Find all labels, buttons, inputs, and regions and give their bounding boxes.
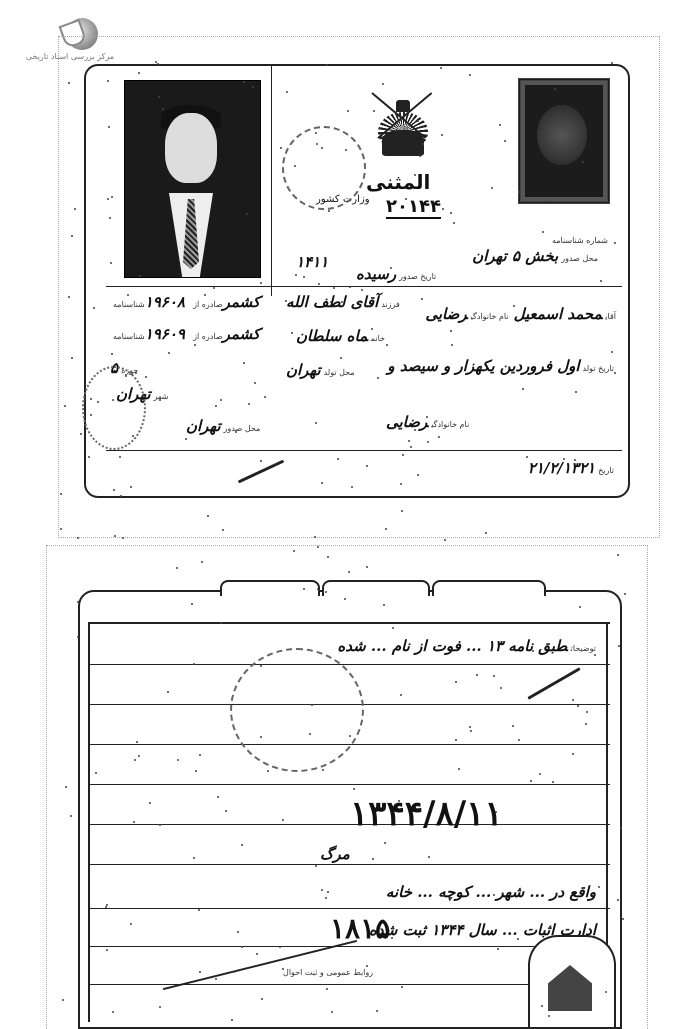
scan-noise <box>282 968 284 970</box>
scan-noise <box>331 1011 333 1013</box>
scan-noise <box>530 780 532 782</box>
id-card-back: توضیحاتطبق نامه ۱۳ ... فوت از نام ... شد… <box>78 590 622 1029</box>
scan-noise <box>65 786 67 788</box>
scan-noise <box>264 396 266 398</box>
scan-noise <box>558 990 560 992</box>
scan-noise <box>470 730 472 732</box>
scan-noise <box>311 704 313 706</box>
scan-noise <box>385 528 387 530</box>
field-birth-place: محل تولدتهران <box>286 360 355 379</box>
field-date: تاریخ۲۱/۲/۱۳۲۱ <box>528 458 614 477</box>
footer-line: روابط عمومی و ثبت احوال <box>280 960 373 979</box>
scan-noise <box>541 1005 543 1007</box>
row-divider <box>106 450 622 451</box>
scan-noise <box>254 382 256 384</box>
scan-noise <box>624 593 626 595</box>
scan-noise <box>138 755 140 757</box>
scan-noise <box>548 150 550 152</box>
death-label: مرگ <box>320 844 350 863</box>
scan-noise <box>108 126 110 128</box>
scan-noise <box>157 63 159 65</box>
scan-noise <box>519 191 521 193</box>
scan-noise <box>110 262 112 264</box>
death-date: ۱۳۴۴/۸/۱۱ <box>350 794 503 834</box>
scan-noise <box>217 796 219 798</box>
left-border <box>88 622 90 1022</box>
scan-noise <box>554 88 556 90</box>
scan-noise <box>60 493 62 495</box>
scan-noise <box>93 307 95 309</box>
scan-noise <box>422 143 424 145</box>
scan-noise <box>279 946 281 948</box>
scan-noise <box>600 280 602 282</box>
scan-noise <box>575 391 577 393</box>
scan-noise <box>321 147 323 149</box>
scan-noise <box>309 733 311 735</box>
field-holder-name: آقایمحمد اسمعیل نام خانوادگیرضایی <box>425 304 616 323</box>
scan-noise <box>256 953 258 955</box>
row-divider <box>106 286 622 287</box>
scan-noise <box>614 372 616 374</box>
portrait-photo <box>124 80 261 278</box>
scan-noise <box>617 554 619 556</box>
scan-noise <box>260 736 262 738</box>
scan-noise <box>294 165 296 167</box>
scan-noise <box>114 535 116 537</box>
scan-noise <box>111 196 113 198</box>
scan-noise <box>131 373 133 375</box>
scan-noise <box>347 110 349 112</box>
scan-noise <box>469 74 471 76</box>
field-issue-place: محل صدوربخش ۵ تهران <box>472 246 598 265</box>
scan-noise <box>450 330 452 332</box>
line <box>90 908 610 909</box>
scan-noise <box>105 906 107 908</box>
scan-noise <box>372 858 374 860</box>
scan-noise <box>215 978 217 980</box>
scan-noise <box>444 539 446 541</box>
scan-noise <box>349 286 351 288</box>
scan-noise <box>220 399 222 401</box>
scan-noise <box>451 344 453 346</box>
scan-noise <box>453 222 455 224</box>
folded-corner <box>528 935 616 1027</box>
death-event-line: واقع در ... شهر ... کوچه ... خانه <box>386 882 596 901</box>
scan-noise <box>130 923 132 925</box>
scan-noise <box>580 314 582 316</box>
photo-divider <box>271 66 272 296</box>
scan-noise <box>315 865 317 867</box>
scan-noise <box>611 62 613 64</box>
scan-noise <box>455 681 457 683</box>
scan-noise <box>414 429 416 431</box>
scan-noise <box>349 735 351 737</box>
scan-noise <box>285 300 287 302</box>
id-card-front: المثنی وزارت کشور ۲۰۱۴۴ شماره شناسنامه ۱… <box>84 64 630 498</box>
scan-noise <box>159 824 161 826</box>
scan-noise <box>168 352 170 354</box>
scan-noise <box>426 416 428 418</box>
scan-noise <box>293 550 295 552</box>
scan-noise <box>112 399 114 401</box>
scan-noise <box>549 200 551 202</box>
scan-noise <box>605 991 607 993</box>
scan-noise <box>497 948 499 950</box>
scan-noise <box>286 91 288 93</box>
field-family-name-2: نام خانوادگیرضایی <box>386 412 469 431</box>
scan-noise <box>122 537 124 539</box>
scan-noise <box>552 781 554 783</box>
scan-noise <box>326 64 328 66</box>
scan-noise <box>241 946 243 948</box>
field-id-number-value: ۱۴۱۱ <box>296 252 328 271</box>
scan-noise <box>149 802 151 804</box>
line <box>90 784 610 785</box>
field-mother-id: کشمرصادره از ۱۹۶۰۹شناسنامه <box>110 324 260 343</box>
scan-noise <box>391 937 393 939</box>
document-header: المثنی <box>366 170 430 194</box>
line <box>90 864 610 865</box>
top-rule <box>90 622 610 624</box>
scan-noise <box>572 753 574 755</box>
scan-noise <box>316 143 318 145</box>
line <box>90 946 610 947</box>
scan-noise <box>243 81 245 83</box>
pen-mark <box>527 667 580 700</box>
scan-noise <box>408 440 410 442</box>
scan-noise <box>185 438 187 440</box>
scan-noise <box>579 606 581 608</box>
scan-noise <box>112 1011 114 1013</box>
scan-noise <box>491 187 493 189</box>
scan-noise <box>317 588 319 590</box>
revenue-stamp-icon <box>518 78 610 204</box>
signature-mark <box>238 460 285 484</box>
scan-noise <box>577 705 579 707</box>
scan-noise <box>622 918 624 920</box>
scan-noise <box>177 759 179 761</box>
field-id-number: شماره شناسنامه <box>549 228 608 247</box>
scan-noise <box>167 691 169 693</box>
scan-noise <box>176 567 178 569</box>
scan-noise <box>235 431 237 433</box>
scan-noise <box>132 435 134 437</box>
record-number: ۱۸۱۵ <box>330 912 390 945</box>
scan-noise <box>493 894 495 896</box>
scan-noise <box>582 161 584 163</box>
scan-noise <box>60 528 62 530</box>
scan-noise <box>563 458 565 460</box>
scan-noise <box>158 96 160 98</box>
scan-noise <box>340 357 342 359</box>
scan-noise <box>542 231 544 233</box>
scan-noise <box>450 212 452 214</box>
scan-noise <box>574 459 576 461</box>
scan-noise <box>410 446 412 448</box>
official-seal <box>230 648 364 772</box>
scan-noise <box>341 301 343 303</box>
scan-noise <box>77 537 79 539</box>
scan-noise <box>204 294 206 296</box>
line <box>90 664 610 665</box>
scan-noise <box>476 674 478 676</box>
scan-noise <box>526 456 528 458</box>
scan-noise <box>248 403 250 405</box>
scan-noise <box>225 810 227 812</box>
scan-noise <box>373 930 375 932</box>
scan-noise <box>201 561 203 563</box>
remarks-line: توضیحاتطبق نامه ۱۳ ... فوت از نام ... شد… <box>337 636 596 655</box>
scan-noise <box>333 287 335 289</box>
official-seal <box>282 126 366 210</box>
scan-noise <box>366 566 368 568</box>
field-issue-date: تاریخ صدوررسیده <box>356 264 436 283</box>
scan-noise <box>327 556 329 558</box>
scan-noise <box>458 768 460 770</box>
scan-noise <box>138 72 140 74</box>
scan-noise <box>325 591 327 593</box>
field-father-id: کشمرصادره از ۱۹۶۰۸شناسنامه <box>110 292 260 311</box>
scan-noise <box>517 938 519 940</box>
card-tab <box>432 580 546 596</box>
scan-noise <box>231 1019 233 1021</box>
lion-and-sun-emblem-icon <box>368 82 438 172</box>
scan-noise <box>90 398 92 400</box>
scan-noise <box>598 886 600 888</box>
scan-noise <box>139 275 141 277</box>
field-birth-date: تاریخ تولداول فروردین یکهزار و سیصد و <box>387 356 614 375</box>
scan-noise <box>194 344 196 346</box>
scan-noise <box>382 83 384 85</box>
scan-noise <box>88 456 90 458</box>
scan-noise <box>222 529 224 531</box>
scan-noise <box>70 815 72 817</box>
scan-noise <box>443 895 445 897</box>
official-seal <box>82 366 146 450</box>
serial-number: ۲۰۱۴۴ <box>386 196 441 219</box>
scan-noise <box>500 687 502 689</box>
scan-noise <box>522 388 524 390</box>
scan-noise <box>199 754 201 756</box>
scan-noise <box>618 645 620 647</box>
field-issue-place-2: محل صدورتهران <box>186 416 260 435</box>
scan-noise <box>586 711 588 713</box>
scan-noise <box>386 344 388 346</box>
scan-noise <box>68 296 70 298</box>
card-tab <box>322 580 430 596</box>
